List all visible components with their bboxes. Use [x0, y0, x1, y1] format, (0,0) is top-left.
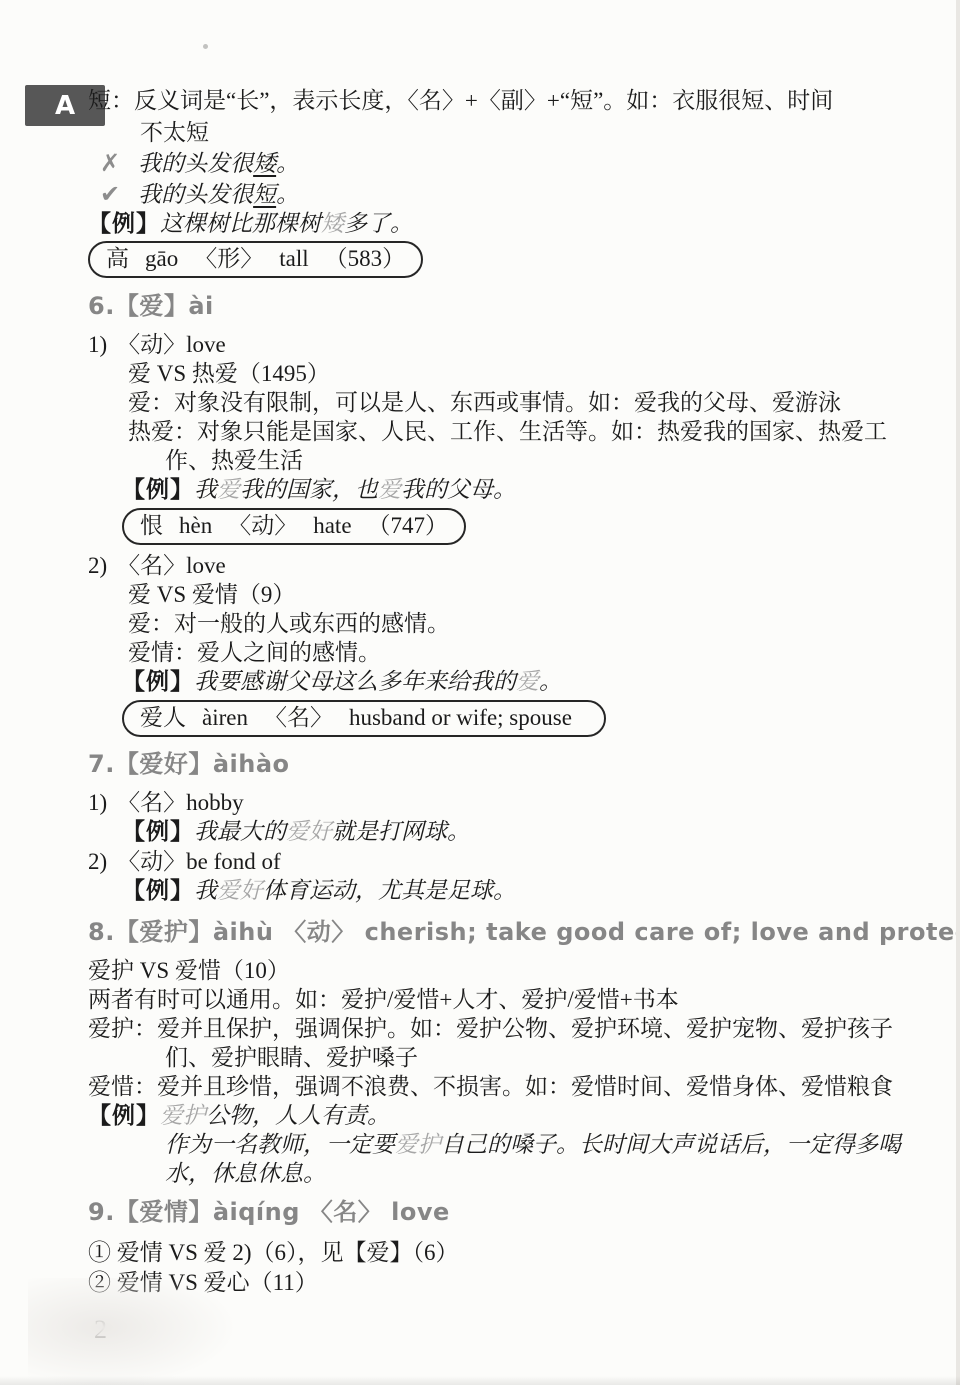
ref-pos: 〈名〉 [264, 705, 333, 730]
correct-example-line: ✔我的头发很短。 [88, 179, 930, 210]
example-text: 这棵树比那棵树矮多了。 [160, 211, 413, 237]
sense-number: 2) [88, 849, 107, 874]
wrong-example-text: 我的头发很矮。 [138, 151, 299, 177]
example-marker: 【例】 [122, 877, 194, 904]
example-text: 我要感谢父母这么多年来给我的爱。 [194, 669, 562, 695]
ref-pinyin: gāo [145, 246, 178, 271]
sense-pos-gloss: 〈动〉be fond of [117, 849, 281, 874]
ref-hanzi: 恨 [140, 513, 163, 538]
example-line: 【例】我最大的爱好就是打网球。 [88, 817, 930, 847]
scan-edge-right [956, 0, 960, 1385]
entry-aihao: 7.【爱好】àihào 1)〈名〉hobby 【例】我最大的爱好就是打网球。 2… [88, 748, 930, 906]
scan-edge-bottom [0, 1376, 960, 1385]
example-line: 【例】这棵树比那棵树矮多了。 [88, 210, 930, 238]
sense-pos-gloss: 〈动〉love [117, 332, 226, 357]
sense-pos-gloss: 〈名〉hobby [117, 790, 244, 815]
explanation-line: 爱惜：爱并且珍惜，强调不浪费、不损害。如：爱惜时间、爱惜身体、爱惜粮食 [88, 1072, 930, 1101]
example-marker: 【例】 [122, 818, 194, 845]
example-line: 【例】我爱好体育运动，尤其是足球。 [88, 876, 930, 906]
scan-speck [203, 44, 208, 49]
explanation-line-cont: 作、热爱生活 [88, 446, 930, 475]
entry-heading: 7.【爱好】àihào [88, 748, 930, 780]
example-marker: 【例】 [122, 668, 194, 695]
cross-reference-box: 恨hèn〈动〉hate（747） [122, 508, 466, 545]
entry-duan-tail: 短：反义词是“长”，表示长度，〈名〉+〈副〉+“短”。如：衣服很短、时间 不太短… [88, 84, 930, 278]
sense-pos-gloss: 〈名〉love [117, 553, 226, 578]
explanation-line: 爱：对一般的人或东西的感情。 [88, 609, 930, 638]
correct-example-text: 我的头发很短。 [138, 182, 299, 208]
explanation-line: 两者有时可以通用。如：爱护/爱惜+人才、爱护/爱惜+书本 [88, 985, 930, 1014]
ref-pinyin: hèn [179, 513, 212, 538]
definition-line: 短：反义词是“长”，表示长度，〈名〉+〈副〉+“短”。如：衣服很短、时间 [88, 84, 930, 118]
explanation-line-cont: 们、爱护眼睛、爱护嗓子 [88, 1043, 930, 1072]
compare-line: 爱 VS 热爱（1495） [88, 359, 930, 388]
entry-ai: 6.【爱】ài 1)〈动〉love 爱 VS 热爱（1495） 爱：对象没有限制… [88, 290, 930, 737]
example-line-cont: 水，休息休息。 [88, 1160, 930, 1189]
example-marker: 【例】 [88, 210, 160, 237]
ref-pos: 〈形〉 [194, 246, 263, 271]
ref-gloss: tall [279, 246, 308, 271]
sense-line: 2)〈名〉love [88, 551, 930, 580]
entry-heading: 6.【爱】ài [88, 290, 930, 322]
definition-line-cont: 不太短 [88, 118, 930, 148]
example-line: 【例】我爱我的国家，也爱我的父母。 [88, 475, 930, 505]
sense-line: 2)〈动〉be fond of [88, 847, 930, 876]
compare-line: 爱 VS 爱情（9） [88, 580, 930, 609]
compare-line: 爱护 VS 爱惜（10） [88, 956, 930, 985]
ref-pinyin: àiren [202, 705, 248, 730]
ref-gloss: husband or wife; spouse [349, 705, 572, 730]
entry-heading: 9.【爱情】àiqíng 〈名〉 love [88, 1196, 930, 1228]
sense-number: 1) [88, 790, 107, 815]
ref-hanzi: 高 [106, 246, 129, 271]
example-text: 我爱我的国家，也爱我的父母。 [194, 477, 516, 503]
sense-line: 1)〈名〉hobby [88, 788, 930, 817]
example-marker: 【例】 [122, 476, 194, 503]
ref-gloss: hate [313, 513, 351, 538]
ref-number: （583） [325, 246, 406, 271]
check-icon: ✔ [100, 180, 120, 208]
example-line: 【例】爱护公物，人人有责。 [88, 1101, 930, 1131]
scan-smudge [28, 1278, 238, 1385]
scanned-dictionary-page: A 短：反义词是“长”，表示长度，〈名〉+〈副〉+“短”。如：衣服很短、时间 不… [0, 0, 960, 1385]
cross-icon: ✗ [100, 149, 120, 177]
compare-item: ① 爱情 VS 爱 2)（6），见【爱】（6） [88, 1238, 930, 1268]
sense-number: 1) [88, 332, 107, 357]
cross-reference-box: 爱人àiren〈名〉husband or wife; spouse [122, 700, 606, 737]
example-text: 我最大的爱好就是打网球。 [194, 819, 470, 845]
explanation-line: 爱情：爱人之间的感情。 [88, 638, 930, 667]
example-line: 【例】我要感谢父母这么多年来给我的爱。 [88, 667, 930, 697]
sense-number: 2) [88, 553, 107, 578]
explanation-line: 爱：对象没有限制，可以是人、东西或事情。如：爱我的父母、爱游泳 [88, 388, 930, 417]
example-line-cont: 作为一名教师，一定要爱护自己的嗓子。长时间大声说话后，一定得多喝 [88, 1131, 930, 1160]
entry-aihu: 8.【爱护】àihù 〈动〉 cherish; take good care o… [88, 916, 930, 1189]
sense-line: 1)〈动〉love [88, 330, 930, 359]
ref-hanzi: 爱人 [140, 705, 186, 730]
example-marker: 【例】 [88, 1102, 160, 1129]
example-text: 爱护公物，人人有责。 [160, 1103, 390, 1129]
example-text: 作为一名教师，一定要爱护自己的嗓子。长时间大声说话后，一定得多喝 [165, 1132, 901, 1158]
explanation-line: 热爱：对象只能是国家、人民、工作、生活等。如：热爱我的国家、热爱工 [88, 417, 930, 446]
entry-heading: 8.【爱护】àihù 〈动〉 cherish; take good care o… [88, 916, 930, 948]
wrong-example-line: ✗我的头发很矮。 [88, 148, 930, 179]
cross-reference-box: 高gāo〈形〉tall（583） [88, 241, 423, 278]
ref-number: （747） [368, 513, 449, 538]
explanation-line: 爱护：爱并且保护，强调保护。如：爱护公物、爱护环境、爱护宠物、爱护孩子 [88, 1014, 930, 1043]
example-text: 我爱好体育运动，尤其是足球。 [194, 878, 516, 904]
ref-pos: 〈动〉 [228, 513, 297, 538]
